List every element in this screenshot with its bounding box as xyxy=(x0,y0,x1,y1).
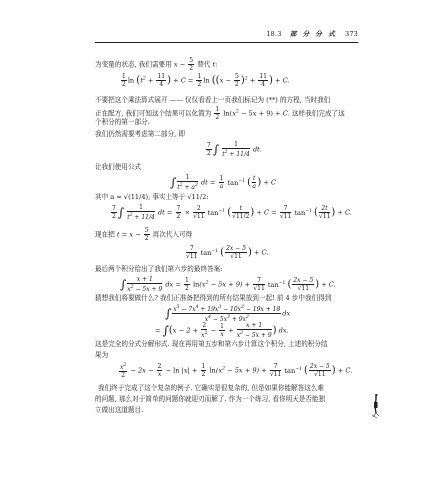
paragraph-2-line-3: 个积分的第一部分. xyxy=(95,118,150,127)
paragraph-8: 猜想我们将要做什么? 我们正准备把得到的所有结果放到一起! 前 4 步中我们得到 xyxy=(95,294,331,303)
equation-5: 7√11 tan−1 (2x − 5√11) + C. xyxy=(185,245,268,260)
section-title: 部 分 分 式 xyxy=(290,30,337,38)
equation-1: 12ln (t2 + 114) + C = 12ln ((x − 52)2 + … xyxy=(120,73,290,88)
paragraph-2-line-1: 不要把这个乘法算式展开 —— 仅仅看看上一页我们标记为 (**) 的方程, 当时… xyxy=(95,96,330,105)
running-header: 18.3 部 分 分 式 373 xyxy=(95,28,358,43)
equation-7-line-1: ∫x5 − 7x4 + 19x3 − 10x2 − 19x + 18x4 − 5… xyxy=(165,304,290,323)
paragraph-10-line-1: 我们终于完成了这个复杂的例子. 它确实是很复杂的, 但是如果你能解答这么难 xyxy=(98,384,324,393)
paragraph-1: 为变量的状态, 我们需要用 x − 52 替代 t: xyxy=(95,57,217,72)
paragraph-4: 让我们使用公式 xyxy=(95,163,141,172)
equation-6: ∫x + 1x2 − 5x + 9 dx = 12 ln(x2 − 5x + 9… xyxy=(120,276,336,293)
equation-4: 72∫ 1t2 + 11/4 dt = 72 × 2√11 tan−1 (t√1… xyxy=(110,204,352,221)
book-page: 18.3 部 分 分 式 373 为变量的状态, 我们需要用 x − 52 替代… xyxy=(0,0,424,480)
paragraph-5: 其中 a = √(11/4), 事实上等于 √11/2: xyxy=(95,193,209,202)
equation-8: x22 − 2x − 2x − ln |x| + 12 ln(x2 − 5x +… xyxy=(118,362,352,379)
equation-3: ∫1t2 + a2 dt = 1a tan−1 (ta) + C xyxy=(170,174,276,191)
pen-icon xyxy=(368,393,384,419)
equation-2: 72∫ 1t2 + 11/4 dt. xyxy=(205,141,262,158)
paragraph-10-line-2: 的问题, 那么对于简单的问题你就迎刃而解了. 作为一个练习, 看你明天是否能独 xyxy=(95,395,325,404)
paragraph-10-line-3: 立做出这道题目. xyxy=(95,406,143,415)
section-number: 18.3 xyxy=(266,30,281,38)
paragraph-6: 现在把 t = x − 52 再次代入可得 xyxy=(95,227,192,242)
paragraph-3: 我们仍然需要考虑第二部分, 即 xyxy=(95,130,185,139)
paragraph-7: 最后两个积分给出了我们第六步的最终答案: xyxy=(95,265,223,274)
paragraph-9-line-1: 这是完全的分式分解形式. 现在再用第五步和第六步计算这个积分, 上述的积分结 xyxy=(95,340,328,349)
equation-7-line-2: = ∫(x − 2 + 2x2 − 1x + x + 1x2 − 5x + 9)… xyxy=(155,322,289,339)
paragraph-9-line-2: 果为 xyxy=(95,351,108,360)
page-number: 373 xyxy=(345,30,358,38)
